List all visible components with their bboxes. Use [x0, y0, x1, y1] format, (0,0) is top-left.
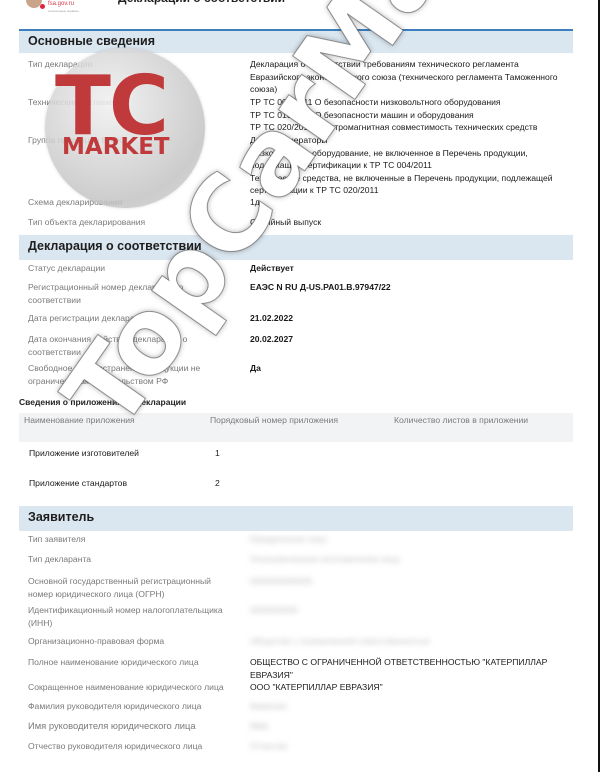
head-surname-value: Фамилия: [250, 700, 575, 713]
product-group-line: Дизель-генераторы: [250, 134, 575, 147]
section-header-declaration: Декларация о соответствии: [19, 235, 573, 260]
field-label: Регистрационный номер декларации о соотв…: [28, 281, 238, 306]
attachments-table-header: Наименование приложения Порядковый номер…: [19, 413, 573, 442]
product-group-line: Технические средства, не включенные в Пе…: [250, 172, 575, 197]
section-header-basic: Основные сведения: [19, 29, 573, 53]
top-header: fsa.gov.ru электронные сервисы Деклараци…: [0, 0, 600, 22]
head-patronymic-value: Отчество: [250, 740, 575, 753]
logo-subtext: электронные сервисы: [48, 9, 79, 13]
field-value: ТР ТС 004/2011 О безопасности низковольт…: [250, 96, 575, 134]
field-value: Серийный выпуск: [250, 216, 575, 229]
head-name-value: Имя: [250, 720, 575, 733]
field-label: Имя руководителя юридического лица: [28, 720, 238, 733]
section-header-applicant: Заявитель: [19, 506, 573, 531]
column-header: Наименование приложения: [24, 415, 135, 425]
column-header: Порядковый номер приложения: [210, 415, 338, 425]
field-label: Дата регистрации декларации: [28, 312, 238, 325]
field-value: Декларация о соответствии требованиям те…: [250, 58, 575, 96]
declarant-type-value: Уполномоченное изготовителем лицо: [250, 553, 575, 566]
full-name-value: ОБЩЕСТВО С ОГРАНИЧЕННОЙ ОТВЕТСТВЕННОСТЬЮ…: [250, 656, 575, 681]
field-label: Фамилия руководителя юридического лица: [28, 700, 238, 713]
short-name-value: ООО "КАТЕРПИЛЛАР ЕВРАЗИЯ": [250, 681, 575, 694]
regulation-line: ТР ТС 020/2011 Электромагнитная совмести…: [250, 121, 575, 134]
watermark-market-text: MARKET: [62, 134, 170, 160]
page-title: Декларации о соответствии: [118, 0, 285, 5]
field-value: 1д: [250, 196, 575, 209]
field-label: Тип декларанта: [28, 553, 238, 566]
regulation-line: ТР ТС 010/2011 О безопасности машин и об…: [250, 109, 575, 122]
logo-dot-icon: [40, 4, 45, 9]
free-distribution-value: Да: [250, 362, 575, 375]
inn-value: 0000000000: [250, 604, 575, 617]
field-label: Организационно-правовая форма: [28, 635, 238, 648]
attachment-name: Приложение стандартов: [29, 478, 127, 488]
logo-text[interactable]: fsa.gov.ru: [48, 1, 74, 7]
field-label: Тип объекта декларирования: [28, 216, 238, 229]
field-label: Отчество руководителя юридического лица: [28, 740, 238, 753]
field-label: Полное наименование юридического лица: [28, 656, 238, 669]
attachment-number: 2: [215, 478, 220, 488]
field-label: Дата окончания действия декларации о соо…: [28, 333, 238, 358]
expiry-date: 20.02.2027: [250, 333, 575, 346]
field-label: Сокращенное наименование юридического ли…: [28, 681, 238, 694]
field-value: Дизель-генераторы Низковольтное оборудов…: [250, 134, 575, 197]
legal-form-value: Общество с ограниченной ответственностью: [250, 635, 575, 648]
regulation-line: ТР ТС 004/2011 О безопасности низковольт…: [250, 96, 575, 109]
attachment-number: 1: [215, 448, 220, 458]
registration-date: 21.02.2022: [250, 312, 575, 325]
field-label: Свободное распространение продукции не о…: [28, 362, 238, 387]
column-header: Количество листов в приложении: [394, 415, 528, 425]
applicant-type-value: Юридическое лицо: [250, 533, 575, 546]
registration-number: ЕАЭС N RU Д-US.РА01.В.97947/22: [250, 281, 575, 294]
status-value: Действует: [250, 262, 575, 275]
field-label: Тип заявителя: [28, 533, 238, 546]
product-group-line: Низковольтное оборудование, не включенно…: [250, 147, 575, 172]
attachment-name: Приложение изготовителей: [29, 448, 139, 458]
field-label: Статус декларации: [28, 262, 238, 275]
field-label: Основной государственный регистрационный…: [28, 575, 238, 600]
ogrn-value: 0000000000000: [250, 575, 575, 588]
attachments-title: Сведения о приложениях к декларации: [19, 397, 186, 407]
field-label: Идентификационный номер налогоплательщик…: [28, 604, 238, 629]
